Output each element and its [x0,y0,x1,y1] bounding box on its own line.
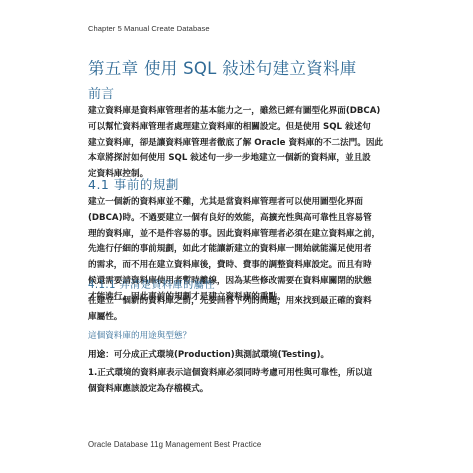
chapter-title: 第五章 使用 SQL 敍述句建立資料庫 [88,55,357,79]
text-line: 1.正式環境的資料庫表示這個資料庫必須同時考慮可用性與可靠性，所以這 [88,366,388,382]
intro-heading: 前言 [88,83,114,102]
usage-label: 用途 [88,350,105,360]
section-heading-4-1-1: 4.1.1 弄清楚資料庫的屬性 [88,276,215,291]
text-line: 可以幫忙資料庫管理者處理建立資料庫的相關設定。但是使用 SQL 敍述句 [88,120,388,136]
text-line: 的需求，而不用在建立資料庫後，費時、費事的調整資料庫設定。而且有時 [88,258,388,274]
text-line: 個資料庫應該設定為存檔模式。 [88,382,388,398]
document-page: Chapter 5 Manual Create Database 第五章 使用 … [0,0,473,473]
section-heading-4-1: 4.1 事前的規劃 [88,175,179,193]
text-line: 庫屬性。 [88,310,388,326]
running-footer: Oracle Database 11g Management Best Prac… [88,440,261,449]
section-4-1-1-paragraph: 在建立一個新的資料庫之前，先要回答下列的問題，用來找到最正確的資料 庫屬性。 [88,294,388,326]
text-line: 理的資料庫，並不是件容易的事。因此資料庫管理者必須在建立資料庫之前， [88,227,388,243]
numbered-item-1: 1.正式環境的資料庫表示這個資料庫必須同時考慮可用性與可靠性，所以這 個資料庫應… [88,366,388,398]
text-line: 先進行仔細的事前規劃，如此才能讓新建立的資料庫一開始就能滿足使用者 [88,242,388,258]
text-line: 建立資料庫，卻是讓資料庫管理者徹底了解 Oracle 資料庫的不二法門。因此 [88,136,388,152]
text-line: 在建立一個新的資料庫之前，先要回答下列的問題，用來找到最正確的資料 [88,294,388,310]
text-line: (DBCA)時。不過要建立一個有良好的效能，高擴充性與高可靠性且容易管 [88,211,388,227]
usage-text: ：可分成正式環境(Production)與測試環境(Testing)。 [105,350,329,360]
text-line: 本章將探討如何使用 SQL 敍述句一步一步地建立一個新的資料庫，並且設 [88,151,388,167]
question-subheading: 這個資料庫的用途與型態？ [88,329,191,341]
intro-paragraph: 建立資料庫是資料庫管理者的基本能力之一，雖然已經有圖型化界面(DBCA) 可以幫… [88,104,388,183]
usage-line: 用途：可分成正式環境(Production)與測試環境(Testing)。 [88,348,329,360]
running-header: Chapter 5 Manual Create Database [88,24,210,33]
text-line: 建立一個新的資料庫並不難，尤其是當資料庫管理者可以使用圖型化界面 [88,195,388,211]
text-line: 建立資料庫是資料庫管理者的基本能力之一，雖然已經有圖型化界面(DBCA) [88,104,388,120]
